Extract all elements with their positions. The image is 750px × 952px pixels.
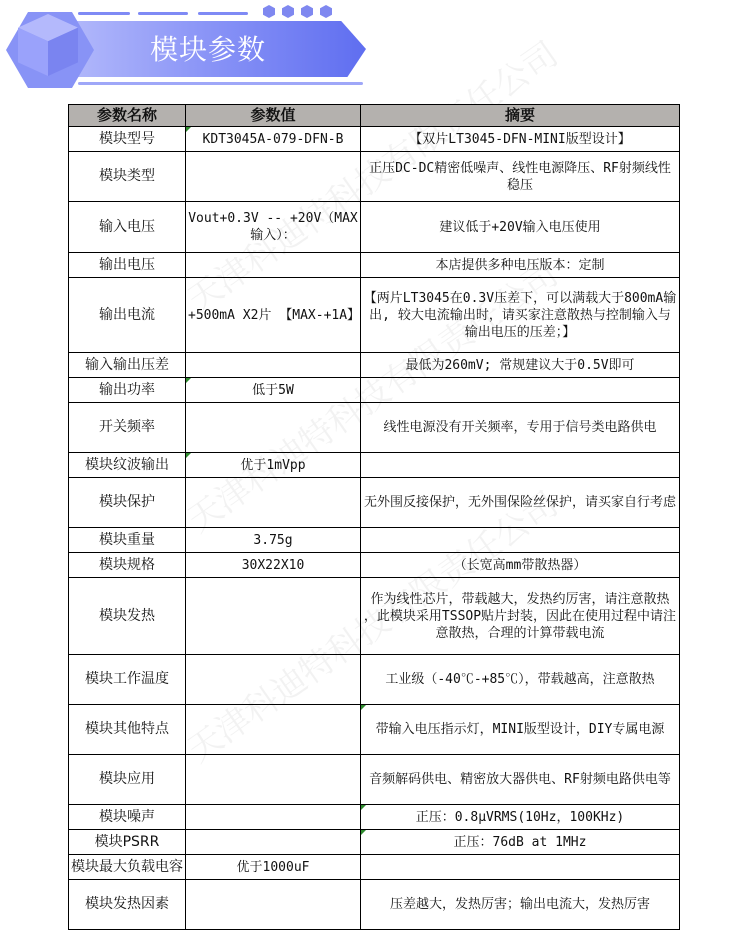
param-name: 输出电流 [69, 278, 186, 353]
param-name: 开关频率 [69, 403, 186, 453]
param-value [186, 353, 361, 378]
table-row: 输入电压 Vout+0.3V -- +20V（MAX输入）： 建议低于+20V输… [69, 202, 680, 253]
param-value: 优于1mVpp [186, 453, 361, 478]
param-summary: 正压DC-DC精密低噪声、线性电源降压、RF射频线性稳压 [361, 152, 680, 202]
param-summary [361, 453, 680, 478]
param-value [186, 655, 361, 705]
param-name: 模块发热 [69, 578, 186, 655]
header-summary: 摘要 [361, 105, 680, 127]
banner-decor-line [198, 12, 248, 15]
param-value: 30X22X10 [186, 553, 361, 578]
table-row: 模块保护 无外围反接保护，无外围保险丝保护，请买家自行考虑 [69, 478, 680, 528]
param-summary: 正压：76dB at 1MHz [361, 830, 680, 855]
table-row: 模块PSRR 正压：76dB at 1MHz [69, 830, 680, 855]
table-row: 模块噪声 正压：0.8μVRMS(10Hz，100KHz) [69, 805, 680, 830]
param-summary: 压差越大，发热厉害；输出电流大，发热厉害 [361, 880, 680, 930]
param-name: 模块重量 [69, 528, 186, 553]
banner-dot-icon [263, 5, 275, 18]
param-summary: 无外围反接保护，无外围保险丝保护，请买家自行考虑 [361, 478, 680, 528]
table-row: 模块规格 30X22X10 （长宽高mm带散热器） [69, 553, 680, 578]
param-name: 模块应用 [69, 755, 186, 805]
param-value [186, 755, 361, 805]
param-value: 3.75g [186, 528, 361, 553]
param-summary: 音频解码供电、精密放大器供电、RF射频电路供电等 [361, 755, 680, 805]
param-summary: 【两片LT3045在0.3V压差下，可以满载大于800mA输出, 较大电流输出时… [361, 278, 680, 353]
param-summary: 最低为260mV; 常规建议大于0.5V即可 [361, 353, 680, 378]
spec-table: 参数名称 参数值 摘要 模块型号 KDT3045A-079-DFN-B 【双片L… [68, 104, 680, 930]
table-row: 开关频率 线性电源没有开关频率，专用于信号类电路供电 [69, 403, 680, 453]
param-name: 输出功率 [69, 378, 186, 403]
table-header-row: 参数名称 参数值 摘要 [69, 105, 680, 127]
param-summary [361, 528, 680, 553]
banner-decor-line [138, 12, 188, 15]
param-value: 低于5W [186, 378, 361, 403]
table-row: 输出电压 本店提供多种电压版本：定制 [69, 253, 680, 278]
param-name: 模块噪声 [69, 805, 186, 830]
param-summary: 带输入电压指示灯，MINI版型设计，DIY专属电源 [361, 705, 680, 755]
table-row: 模块纹波输出 优于1mVpp [69, 453, 680, 478]
table-row: 模块重量 3.75g [69, 528, 680, 553]
param-name: 模块类型 [69, 152, 186, 202]
param-value [186, 830, 361, 855]
param-name: 模块工作温度 [69, 655, 186, 705]
param-name: 模块保护 [69, 478, 186, 528]
param-value [186, 478, 361, 528]
section-title: 模块参数 [150, 30, 266, 70]
table-row: 模块最大负载电容 优于1000uF [69, 855, 680, 880]
param-summary: 线性电源没有开关频率，专用于信号类电路供电 [361, 403, 680, 453]
table-row: 模块类型 正压DC-DC精密低噪声、线性电源降压、RF射频线性稳压 [69, 152, 680, 202]
param-value: 优于1000uF [186, 855, 361, 880]
param-summary: 本店提供多种电压版本：定制 [361, 253, 680, 278]
section-banner: 模块参数 [0, 0, 400, 100]
param-value: +500mA X2片 【MAX-+1A】 [186, 278, 361, 353]
header-param-name: 参数名称 [69, 105, 186, 127]
param-value [186, 705, 361, 755]
table-row: 输出电流 +500mA X2片 【MAX-+1A】 【两片LT3045在0.3V… [69, 278, 680, 353]
param-summary: 建议低于+20V输入电压使用 [361, 202, 680, 253]
param-name: 输入电压 [69, 202, 186, 253]
param-summary: 作为线性芯片，带载越大，发热约厉害，请注意散热 ，此模块采用TSSOP贴片封装，… [361, 578, 680, 655]
param-value [186, 253, 361, 278]
param-name: 模块其他特点 [69, 705, 186, 755]
table-row: 模块工作温度 工业级（-40℃-+85℃），带载越高，注意散热 [69, 655, 680, 705]
param-name: 模块纹波输出 [69, 453, 186, 478]
table-row: 模块发热因素 压差越大，发热厉害；输出电流大，发热厉害 [69, 880, 680, 930]
banner-dot-icon [301, 5, 313, 18]
param-value [186, 805, 361, 830]
table-row: 模块型号 KDT3045A-079-DFN-B 【双片LT3045-DFN-MI… [69, 127, 680, 152]
param-value [186, 152, 361, 202]
param-name: 输入输出压差 [69, 353, 186, 378]
param-name: 模块规格 [69, 553, 186, 578]
table-row: 模块应用 音频解码供电、精密放大器供电、RF射频电路供电等 [69, 755, 680, 805]
param-summary: 【双片LT3045-DFN-MINI版型设计】 [361, 127, 680, 152]
param-summary: 工业级（-40℃-+85℃），带载越高，注意散热 [361, 655, 680, 705]
param-name: 模块发热因素 [69, 880, 186, 930]
table-row: 输出功率 低于5W [69, 378, 680, 403]
param-value: KDT3045A-079-DFN-B [186, 127, 361, 152]
banner-decor-line [78, 12, 130, 15]
param-summary [361, 378, 680, 403]
table-row: 模块其他特点 带输入电压指示灯，MINI版型设计，DIY专属电源 [69, 705, 680, 755]
table-row: 模块发热 作为线性芯片，带载越大，发热约厉害，请注意散热 ，此模块采用TSSOP… [69, 578, 680, 655]
param-value [186, 578, 361, 655]
param-name: 模块PSRR [69, 830, 186, 855]
banner-decor-line [78, 82, 363, 85]
param-summary: （长宽高mm带散热器） [361, 553, 680, 578]
banner-dot-icon [320, 5, 332, 18]
param-value [186, 403, 361, 453]
param-summary [361, 855, 680, 880]
param-value [186, 880, 361, 930]
banner-dot-icon [282, 5, 294, 18]
param-name: 输出电压 [69, 253, 186, 278]
param-summary: 正压：0.8μVRMS(10Hz，100KHz) [361, 805, 680, 830]
param-name: 模块型号 [69, 127, 186, 152]
param-value: Vout+0.3V -- +20V（MAX输入）： [186, 202, 361, 253]
param-name: 模块最大负载电容 [69, 855, 186, 880]
table-row: 输入输出压差 最低为260mV; 常规建议大于0.5V即可 [69, 353, 680, 378]
header-param-value: 参数值 [186, 105, 361, 127]
